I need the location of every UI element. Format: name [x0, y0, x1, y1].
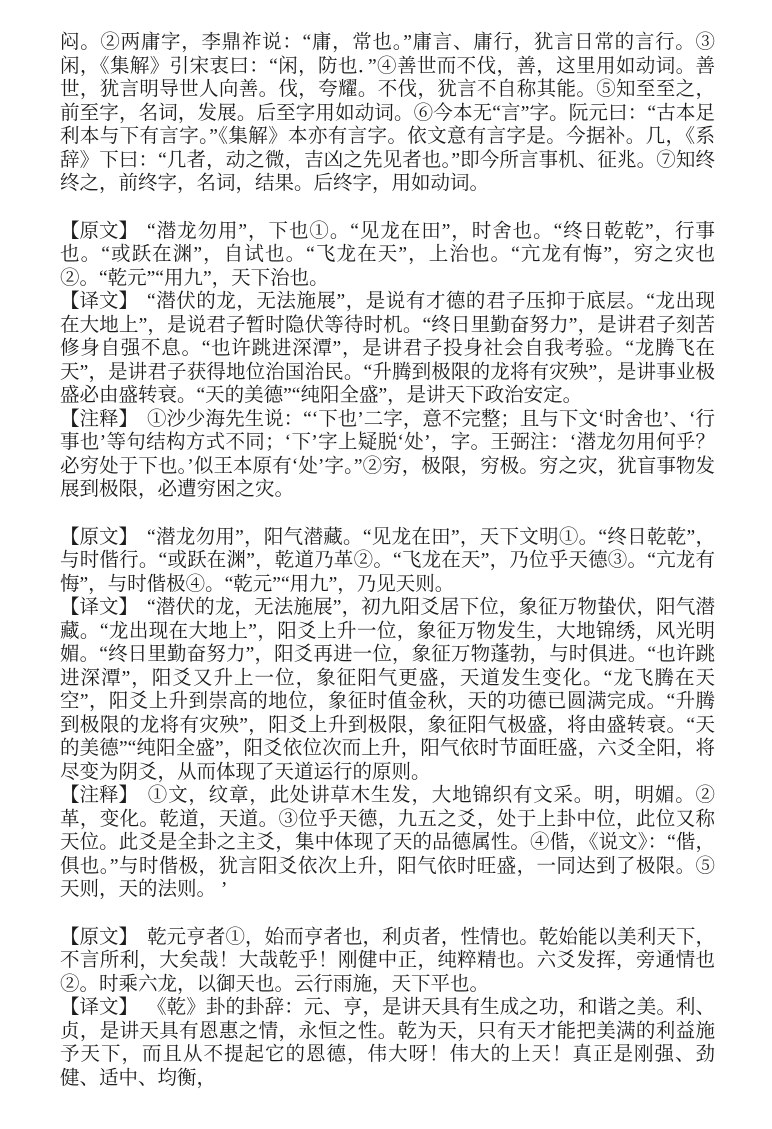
translation-label-1: 【译文】	[60, 290, 138, 314]
notes-continuation-block: 闷。②两庸字，李鼎祚说：“庸，常也。”庸言、庸行，犹言日常的言行。③闲，《集解》…	[60, 31, 715, 196]
commentary-block-1: 【原文】“潜龙勿用”，下也①。“见龙在田”，时舍也。“终日乾乾”，行事也。“或跃…	[60, 220, 715, 502]
original-text-label-1: 【原文】	[60, 220, 138, 244]
notes-label-1: 【注释】	[60, 408, 138, 432]
notes-body-2: ①文，纹章，此处讲草木生发，大地锦织有文采。明，明媚。②革，变化。乾道，天道。③…	[60, 785, 715, 900]
original-text-label-3: 【原文】	[60, 926, 138, 950]
original-text-paragraph-2: 【原文】“潜龙勿用”，阳气潜藏。“见龙在田”，天下文明①。“终日乾乾”，与时偕行…	[60, 526, 715, 597]
translation-label-2: 【译文】	[60, 596, 138, 620]
notes-body-1: ①沙少海先生说：“‘下也’二字，意不完整；且与下文‘时舍也’、‘行事也’等句结构…	[60, 409, 715, 501]
commentary-block-2: 【原文】“潜龙勿用”，阳气潜藏。“见龙在田”，天下文明①。“终日乾乾”，与时偕行…	[60, 526, 715, 902]
notes-paragraph-2: 【注释】①文，纹章，此处讲草木生发，大地锦织有文采。明，明媚。②革，变化。乾道，…	[60, 784, 715, 902]
original-text-body-2: “潜龙勿用”，阳气潜藏。“见龙在田”，天下文明①。“终日乾乾”，与时偕行。“或跃…	[60, 527, 715, 595]
translation-paragraph-1: 【译文】“潜伏的龙，无法施展”，是说有才德的君子压抑于底层。“龙出现在大地上”，…	[60, 290, 715, 408]
translation-body-1: “潜伏的龙，无法施展”，是说有才德的君子压抑于底层。“龙出现在大地上”，是说君子…	[60, 291, 715, 406]
translation-paragraph-2: 【译文】“潜伏的龙，无法施展”，初九阳爻居下位，象征万物蛰伏，阳气潜藏。“龙出现…	[60, 596, 715, 784]
translation-label-3: 【译文】	[60, 996, 138, 1020]
original-text-body-3: 乾元亨者①，始而亨者也，利贞者，性情也。乾始能以美利天下，不言所利，大矣哉！大哉…	[60, 927, 715, 995]
paragraph-notes-continued: 闷。②两庸字，李鼎祚说：“庸，常也。”庸言、庸行，犹言日常的言行。③闲，《集解》…	[60, 31, 715, 196]
notes-paragraph-1: 【注释】①沙少海先生说：“‘下也’二字，意不完整；且与下文‘时舍也’、‘行事也’…	[60, 408, 715, 502]
notes-label-2: 【注释】	[60, 784, 138, 808]
translation-paragraph-3: 【译文】《乾》卦的卦辞：元、亨，是讲天具有生成之功，和谐之美。利、贞，是讲天具有…	[60, 996, 715, 1090]
commentary-block-3: 【原文】乾元亨者①，始而亨者也，利贞者，性情也。乾始能以美利天下，不言所利，大矣…	[60, 926, 715, 1091]
translation-body-3: 《乾》卦的卦辞：元、亨，是讲天具有生成之功，和谐之美。利、贞，是讲天具有恩惠之情…	[60, 997, 715, 1089]
document-page: 闷。②两庸字，李鼎祚说：“庸，常也。”庸言、庸行，犹言日常的言行。③闲，《集解》…	[0, 0, 772, 1129]
original-text-body-1: “潜龙勿用”，下也①。“见龙在田”，时舍也。“终日乾乾”，行事也。“或跃在渊”，…	[60, 221, 715, 289]
original-text-label-2: 【原文】	[60, 526, 138, 550]
original-text-paragraph-1: 【原文】“潜龙勿用”，下也①。“见龙在田”，时舍也。“终日乾乾”，行事也。“或跃…	[60, 220, 715, 291]
original-text-paragraph-3: 【原文】乾元亨者①，始而亨者也，利贞者，性情也。乾始能以美利天下，不言所利，大矣…	[60, 926, 715, 997]
translation-body-2: “潜伏的龙，无法施展”，初九阳爻居下位，象征万物蛰伏，阳气潜藏。“龙出现在大地上…	[60, 597, 715, 783]
